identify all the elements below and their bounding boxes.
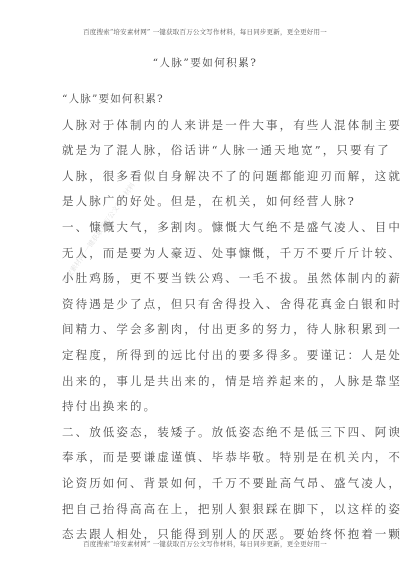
body-line: 一、慷慨大气，多割肉。慷慨大气绝不是盛气凌人、目中 — [62, 215, 350, 241]
body-line: 无人，而是要为人豪迈、处事慷慨，千万不要斤斤计较、 — [62, 241, 350, 267]
body-line: 出来的，事儿是共出来的，情是培养起来的，人脉是靠坚 — [62, 369, 350, 395]
body-line: 小肚鸡肠，更不要当铁公鸡、一毛不拔。虽然体制内的薪 — [62, 266, 350, 292]
page-header: 百度搜索“培安素材网” 一键获取百万公文写作材料，每日同步更新，更全更好用一 — [0, 27, 410, 36]
body-line: 二、放低姿态，装矮子。放低姿态绝不是低三下四、阿谀 — [62, 420, 350, 446]
body-line: 资待遇是少了点，但只有舍得投入、舍得花真金白银和时 — [62, 292, 350, 318]
body-line: 人脉对于体制内的人来讲是一件大事，有些人混体制主要 — [62, 113, 350, 139]
body-line: 就是为了混人脉，俗话讲“人脉一通天地宽”，只要有了 — [62, 138, 350, 164]
document-body: “人脉”要如何积累? 人脉对于体制内的人来讲是一件大事，有些人混体制主要 就是为… — [62, 87, 350, 548]
body-line: 持付出换来的。 — [62, 394, 350, 420]
body-line: 间精力、学会多割肉，付出更多的努力，待人脉积累到一 — [62, 317, 350, 343]
body-line: 把自己抬得高高在上，把别人狠狠踩在脚下，以这样的姿 — [62, 497, 350, 523]
body-line: 论资历如何、背景如何，千万不要趾高气昂、盛气凌人， — [62, 471, 350, 497]
body-line: 定程度，所得到的远比付出的要多得多。要谨记：人是处 — [62, 343, 350, 369]
body-line: 奉承，而是要谦虚谨慎、毕恭毕敬。特别是在机关内，不 — [62, 445, 350, 471]
document-title: “人脉”要如何积累? — [0, 55, 410, 70]
body-line: 是人脉广的好处。但是，在机关，如何经营人脉? — [62, 189, 350, 215]
section-heading: “人脉”要如何积累? — [62, 87, 350, 113]
page-footer: 百度搜索“培安素材网” 一键获取百万公文写作材料，每日同步更新，更全更好用一 — [0, 539, 410, 548]
document-page: 百度搜索“培安素材网” 一键获取百万公文写作材料，每日同步更新，更全更好用一 “… — [0, 0, 410, 580]
body-line: 人脉，很多看似自身解决不了的问题都能迎刃而解，这就 — [62, 164, 350, 190]
